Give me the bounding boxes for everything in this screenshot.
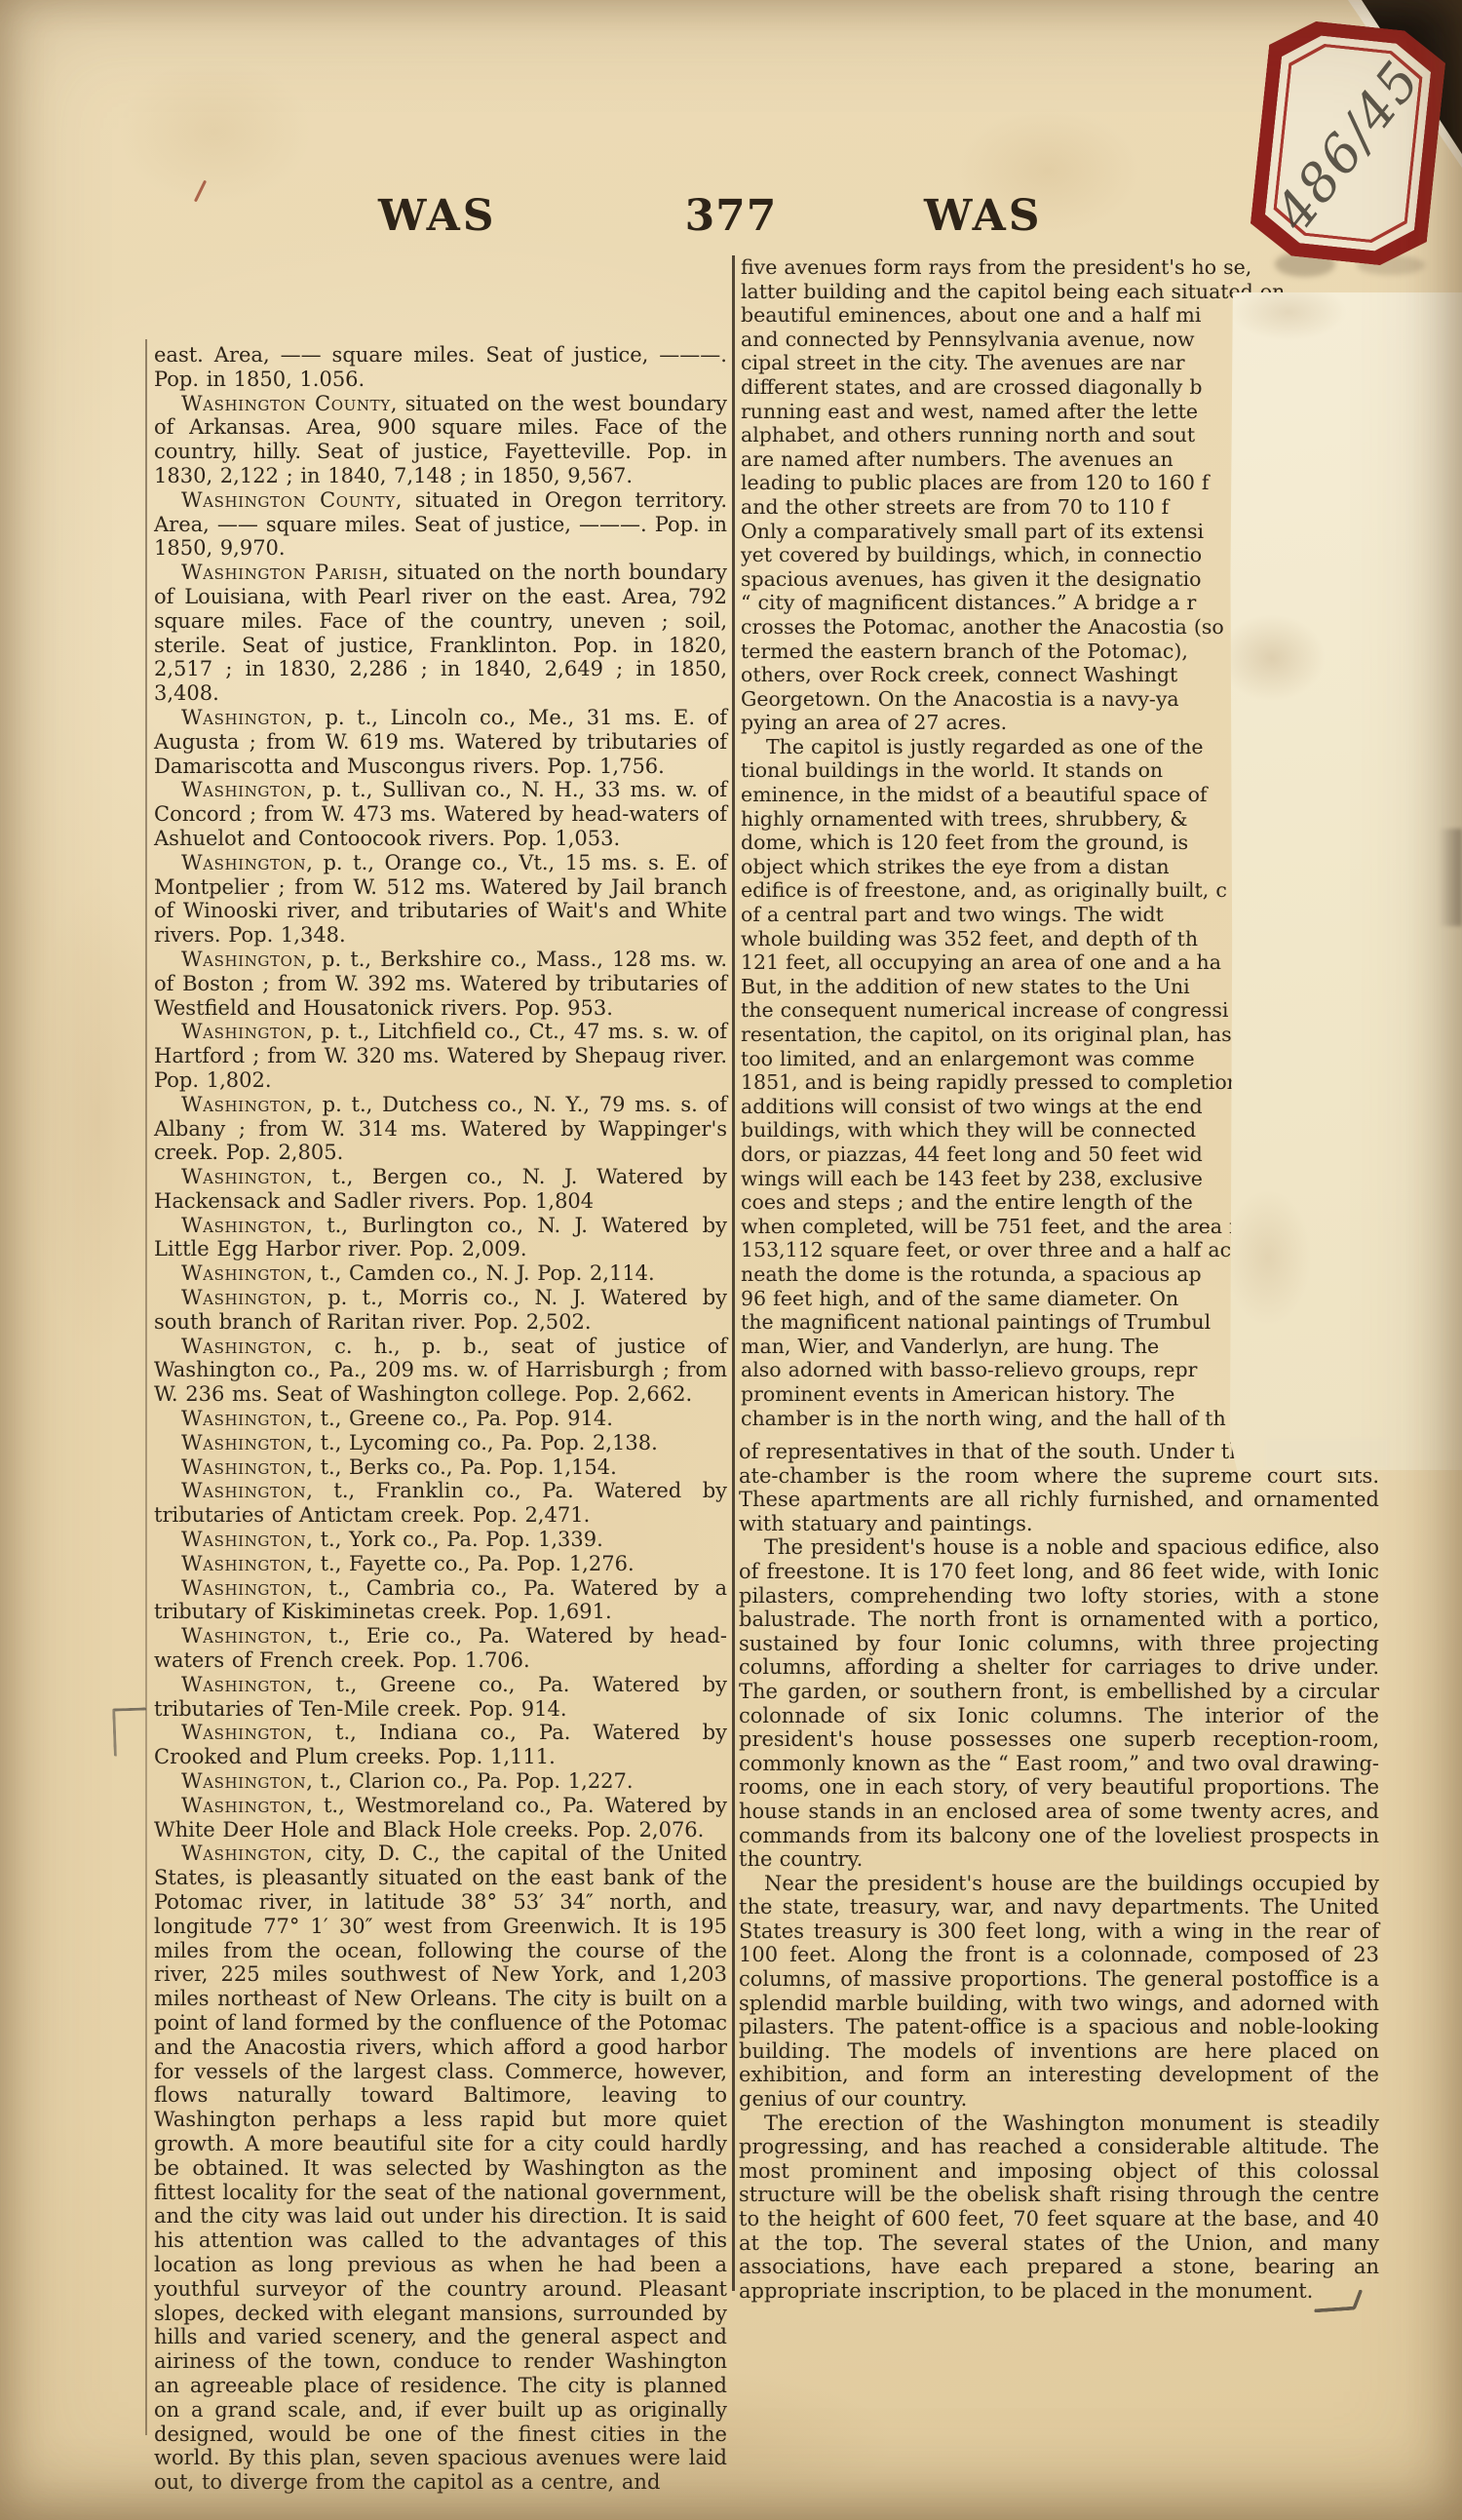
- gazetteer-entry: Washington, t., Clarion co., Pa. Pop. 1,…: [154, 1769, 727, 1794]
- entry-headword: Washington: [181, 1165, 306, 1188]
- entry-headword: Washington: [181, 1769, 306, 1793]
- torn-text-line: five avenues form rays from the presiden…: [741, 255, 1365, 280]
- body-paragraph: The erection of the Washington monument …: [739, 2112, 1379, 2304]
- entry-headword: Washington County: [181, 392, 391, 415]
- pencil-bracket-mark: [112, 1707, 148, 1756]
- entry-headword: Washington: [181, 1286, 306, 1309]
- entry-headword: Washington: [181, 1721, 306, 1744]
- gazetteer-entry: Washington, t., Cambria co., Pa. Watered…: [154, 1576, 727, 1625]
- gazetteer-entry: Washington, p. t., Lincoln co., Me., 31 …: [154, 706, 727, 778]
- entry-headword: Washington: [181, 778, 306, 801]
- pencil-hook-mark: [1313, 2290, 1363, 2313]
- entry-headword: Washington: [181, 1020, 306, 1043]
- clipping-left-edge-rule: [145, 339, 147, 2435]
- body-paragraph: Near the president's house are the build…: [739, 1872, 1379, 2112]
- entry-headword: Washington: [181, 1407, 306, 1430]
- entry-headword: Washington: [181, 1093, 306, 1116]
- entry-headword: Washington: [181, 851, 306, 874]
- entry-headword: Washington: [181, 948, 306, 971]
- entry-headword: Washington Parish: [181, 561, 382, 584]
- gazetteer-entry: Washington, t., York co., Pa. Pop. 1,339…: [154, 1528, 727, 1552]
- entry-headword: Washington County: [181, 488, 396, 512]
- library-stamp: 486/45: [1248, 17, 1448, 270]
- entry-headword: Washington: [181, 1479, 306, 1502]
- gazetteer-entry: Washington, t., Bergen co., N. J. Watere…: [154, 1165, 727, 1214]
- page-number: 377: [682, 191, 780, 241]
- entry-headword: Washington: [181, 706, 306, 729]
- entry-headword: Washington: [181, 1576, 306, 1600]
- overlay-stain: [1218, 614, 1326, 702]
- entry-headword: Washington: [181, 1794, 306, 1817]
- gazetteer-entry: Washington, p. t., Orange co., Vt., 15 m…: [154, 851, 727, 948]
- gazetteer-entry: Washington, t., Lycoming co., Pa. Pop. 2…: [154, 1431, 727, 1455]
- entry-headword: Washington: [181, 1528, 306, 1551]
- gazetteer-entry: Washington, c. h., p. b., seat of justic…: [154, 1335, 727, 1407]
- gazetteer-entry: Washington, t., Franklin co., Pa. Watere…: [154, 1479, 727, 1528]
- gazetteer-entry: Washington, p. t., Dutchess co., N. Y., …: [154, 1093, 727, 1165]
- gazetteer-entry: Washington, t., Camden co., N. J. Pop. 2…: [154, 1261, 727, 1286]
- paper-stain: [117, 58, 312, 205]
- gazetteer-entry: Washington, t., Berks co., Pa. Pop. 1,15…: [154, 1455, 727, 1480]
- gazetteer-entry: Washington, t., Fayette co., Pa. Pop. 1,…: [154, 1552, 727, 1576]
- gazetteer-entry: Washington, city, D. C., the capital of …: [154, 1842, 727, 2495]
- entry-headword: Washington: [181, 1335, 306, 1358]
- torn-paper-overlay: [1230, 292, 1462, 1470]
- gazetteer-entry: Washington, p. t., Sullivan co., N. H., …: [154, 778, 727, 850]
- gazetteer-entry: Washington County, situated in Oregon te…: [154, 488, 727, 561]
- body-paragraph: ate-chamber is the room where the suprem…: [739, 1464, 1379, 1536]
- gazetteer-entry: Washington, t., Westmoreland co., Pa. Wa…: [154, 1794, 727, 1842]
- pen-slash-mark: [194, 180, 207, 203]
- gazetteer-entry: Washington, t., Greene co., Pa. Watered …: [154, 1673, 727, 1722]
- page-edge-streak: [1439, 829, 1462, 926]
- gazetteer-entry: east. Area, —— square miles. Seat of jus…: [154, 343, 727, 392]
- gazetteer-page-scan: WAS 377 WAS east. Area, —— square miles.…: [0, 0, 1462, 2520]
- gazetteer-entry: Washington County, situated on the west …: [154, 392, 727, 488]
- column-divider-rule: [732, 255, 735, 2291]
- gazetteer-entry: Washington, t., Greene co., Pa. Pop. 914…: [154, 1407, 727, 1431]
- header-word-right: WAS: [924, 191, 1021, 241]
- left-column: east. Area, —— square miles. Seat of jus…: [154, 343, 727, 2495]
- gazetteer-entry: Washington Parish, situated on the north…: [154, 561, 727, 706]
- entry-headword: Washington: [181, 1214, 306, 1237]
- gazetteer-entry: Washington, t., Erie co., Pa. Watered by…: [154, 1624, 727, 1673]
- entry-headword: Washington: [181, 1673, 306, 1696]
- header-word-left: WAS: [378, 191, 476, 241]
- entry-headword: Washington: [181, 1431, 306, 1454]
- gazetteer-entry: Washington, p. t., Morris co., N. J. Wat…: [154, 1286, 727, 1335]
- entry-headword: Washington: [181, 1552, 306, 1575]
- tear-fade-remnant: [1265, 1439, 1388, 1468]
- entry-headword: Washington: [181, 1624, 306, 1648]
- gazetteer-entry: Washington, p. t., Berkshire co., Mass.,…: [154, 948, 727, 1020]
- right-column-lower: of representatives in that of the south.…: [739, 1440, 1379, 2303]
- overlay-stain: [1224, 1189, 1312, 1326]
- entry-headword: Washington: [181, 1261, 306, 1285]
- entry-headword: Washington: [181, 1842, 306, 1865]
- gazetteer-entry: Washington, t., Burlington co., N. J. Wa…: [154, 1214, 727, 1262]
- gazetteer-entry: Washington, t., Indiana co., Pa. Watered…: [154, 1721, 727, 1769]
- body-paragraph: The president's house is a noble and spa…: [739, 1535, 1379, 1871]
- entry-headword: Washington: [181, 1455, 306, 1479]
- gazetteer-entry: Washington, p. t., Litchfield co., Ct., …: [154, 1020, 727, 1092]
